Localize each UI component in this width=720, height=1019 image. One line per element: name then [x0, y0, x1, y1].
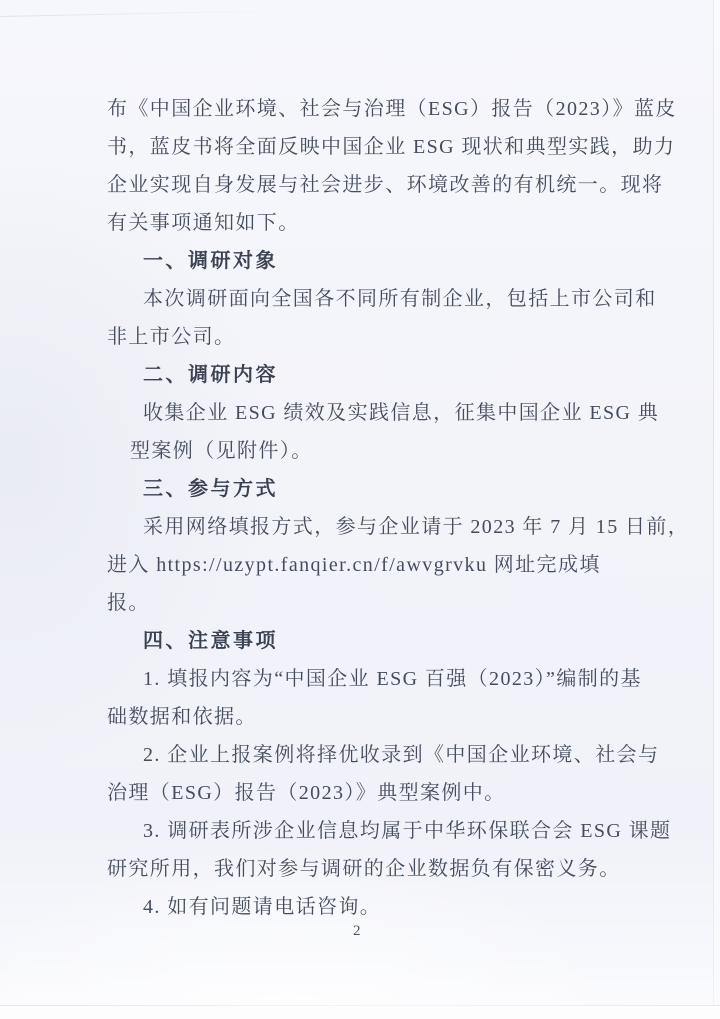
section-heading: 四、注意事项 — [107, 622, 619, 660]
text-line: 研究所用，我们对参与调研的企业数据负有保密义务。 — [107, 850, 619, 888]
text-line: 治理（ESG）报告（2023）》典型案例中。 — [107, 774, 619, 812]
text-line: 础数据和依据。 — [107, 698, 619, 736]
page-number: 2 — [0, 921, 714, 941]
section-heading: 二、调研内容 — [107, 356, 619, 394]
section-heading: 三、参与方式 — [107, 470, 619, 508]
text-line: 进入 https://uzypt.fanqier.cn/f/awvgrvku 网… — [107, 546, 619, 584]
scanned-page: 布《中国企业环境、社会与治理（ESG）报告（2023）》蓝皮书，蓝皮书将全面反映… — [0, 0, 720, 1019]
text-line: 企业实现自身发展与社会进步、环境改善的有机统一。现将 — [107, 166, 619, 204]
text-line: 收集企业 ESG 绩效及实践信息，征集中国企业 ESG 典 — [107, 394, 619, 432]
text-line: 非上市公司。 — [107, 318, 619, 356]
text-line: 1. 填报内容为“中国企业 ESG 百强（2023）”编制的基 — [107, 660, 619, 698]
text-line: 2. 企业上报案例将择优收录到《中国企业环境、社会与 — [107, 736, 619, 774]
text-line: 报。 — [107, 584, 619, 622]
document-body: 布《中国企业环境、社会与治理（ESG）报告（2023）》蓝皮书，蓝皮书将全面反映… — [107, 90, 619, 926]
page-edge-right — [713, 0, 714, 1019]
text-line: 布《中国企业环境、社会与治理（ESG）报告（2023）》蓝皮 — [107, 90, 619, 128]
section-heading: 一、调研对象 — [107, 242, 619, 280]
page-edge-bottom-margin — [0, 1006, 720, 1019]
text-line: 型案例（见附件）。 — [107, 432, 619, 470]
text-line: 采用网络填报方式，参与企业请于 2023 年 7 月 15 日前， — [107, 508, 619, 546]
page-edge-right-margin — [714, 0, 720, 1019]
page-edge-top — [0, 10, 300, 17]
text-line: 有关事项通知如下。 — [107, 204, 619, 242]
page-edge-bottom — [0, 1005, 720, 1006]
text-line: 本次调研面向全国各不同所有制企业，包括上市公司和 — [107, 280, 619, 318]
text-line: 3. 调研表所涉企业信息均属于中华环保联合会 ESG 课题 — [107, 812, 619, 850]
text-line: 书，蓝皮书将全面反映中国企业 ESG 现状和典型实践，助力 — [107, 128, 619, 166]
